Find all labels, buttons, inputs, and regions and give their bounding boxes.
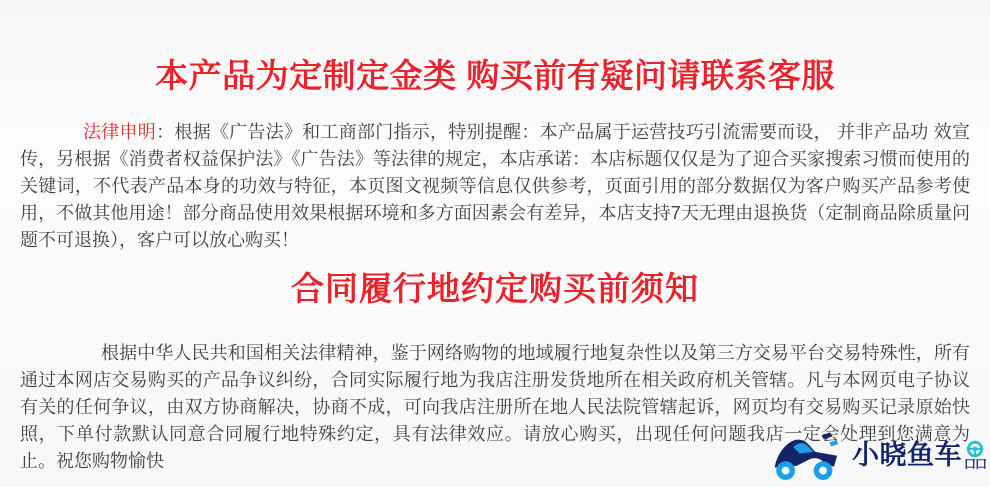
legal-statement-label: 法律申明 xyxy=(83,122,156,142)
legal-statement-paragraph: 法律申明：根据《广告法》和工商部门指示，特别提醒：本产品属于运营技巧引流需要而设… xyxy=(20,119,970,254)
legal-statement-text: ：根据《广告法》和工商部门指示，特别提醒：本产品属于运营技巧引流需要而设， 并非… xyxy=(20,122,970,250)
brand-name-text: 小晓鱼车 xyxy=(852,442,962,469)
brand-squares-text: 口口 xyxy=(964,458,986,470)
brand-logo: 小晓鱼车 口口 xyxy=(770,429,986,481)
deposit-notice-heading: 本产品为定制定金类 购买前有疑问请联系客服 xyxy=(0,50,990,97)
product-disclaimer-page: 本产品为定制定金类 购买前有疑问请联系客服 法律申明：根据《广告法》和工商部门指… xyxy=(0,0,990,487)
steering-wheel-icon xyxy=(966,440,984,458)
contract-notice-heading: 合同履行地约定购买前须知 xyxy=(0,263,990,310)
car-icon xyxy=(770,429,848,481)
brand-pin-character: 口口 xyxy=(964,440,986,470)
